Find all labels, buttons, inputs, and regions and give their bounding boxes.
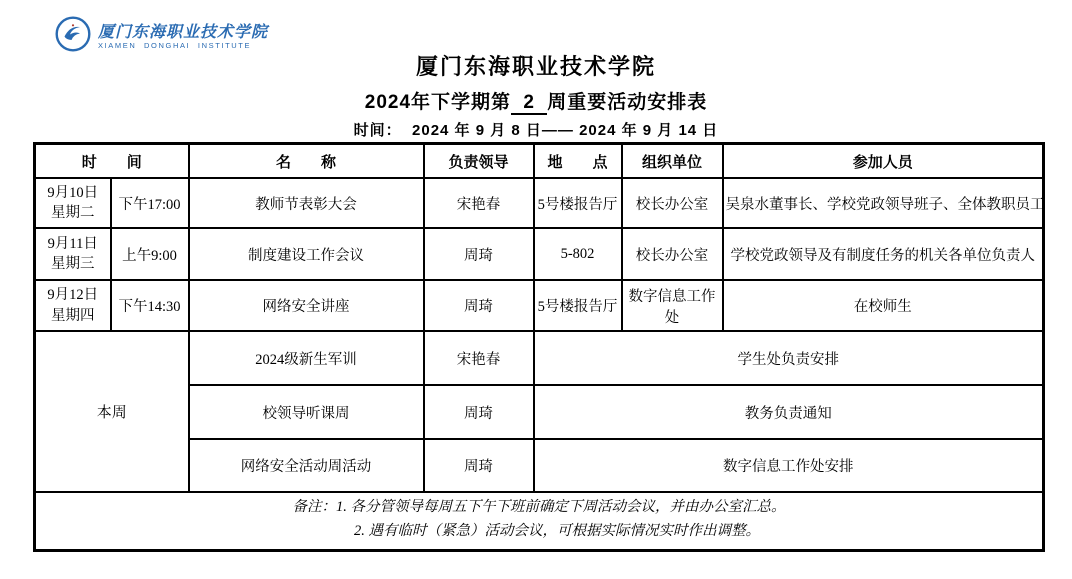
date-line2: 星期三: [38, 254, 108, 274]
date-range: 时间： 2024 年 9 月 8 日—— 2024 年 9 月 14 日: [0, 119, 1072, 140]
cell-week-note: 数字信息工作处安排: [534, 439, 1044, 492]
schedule-table: 时 间 名 称 负责领导 地 点 组织单位 参加人员 9月10日 星期二 下午1…: [33, 142, 1045, 552]
table-row: 9月11日 星期三 上午9:00 制度建设工作会议 周琦 5-802 校长办公室…: [35, 228, 1044, 280]
date-line2: 星期四: [38, 306, 108, 326]
cell-name: 校领导听课周: [189, 385, 424, 439]
col-header-org: 组织单位: [622, 144, 723, 179]
cell-leader: 周琦: [424, 385, 534, 439]
cell-name: 网络安全活动周活动: [189, 439, 424, 492]
cell-leader: 宋艳春: [424, 331, 534, 385]
date-line1: 9月11日: [38, 234, 108, 254]
notes-line-2: 2. 遇有临时（紧急）活动会议，可根据实际情况实时作出调整。: [38, 518, 1040, 546]
cell-leader: 周琦: [424, 280, 534, 331]
cell-name: 2024级新生军训: [189, 331, 424, 385]
cell-time: 上午9:00: [111, 228, 189, 280]
header-row: 时 间 名 称 负责领导 地 点 组织单位 参加人员: [35, 144, 1044, 179]
cell-org: 数字信息工作处: [622, 280, 723, 331]
cell-participants: 学校党政领导及有制度任务的机关各单位负责人: [723, 228, 1044, 280]
cell-date: 9月11日 星期三: [35, 228, 111, 280]
notes-line-1: 备注：1. 各分管领导每周五下午下班前确定下周活动会议，并由办公室汇总。: [38, 496, 1040, 518]
cell-place: 5-802: [534, 228, 622, 280]
page-subtitle: 2024年下学期第 2 周重要活动安排表: [0, 87, 1072, 115]
cell-date: 9月12日 星期四: [35, 280, 111, 331]
col-header-leader: 负责领导: [424, 144, 534, 179]
col-header-participants: 参加人员: [723, 144, 1044, 179]
notes-cell: 备注：1. 各分管领导每周五下午下班前确定下周活动会议，并由办公室汇总。 2. …: [35, 492, 1044, 551]
cell-week-note: 学生处负责安排: [534, 331, 1044, 385]
col-header-time: 时 间: [35, 144, 189, 179]
col-header-place: 地 点: [534, 144, 622, 179]
cell-leader: 周琦: [424, 439, 534, 492]
cell-week-label: 本周: [35, 331, 189, 492]
cell-date: 9月10日 星期二: [35, 178, 111, 228]
cell-place: 5号楼报告厅: [534, 178, 622, 228]
cell-org: 校长办公室: [622, 178, 723, 228]
table-row: 9月10日 星期二 下午17:00 教师节表彰大会 宋艳春 5号楼报告厅 校长办…: [35, 178, 1044, 228]
cell-time: 下午17:00: [111, 178, 189, 228]
table-row: 9月12日 星期四 下午14:30 网络安全讲座 周琦 5号楼报告厅 数字信息工…: [35, 280, 1044, 331]
cell-week-note: 教务负责通知: [534, 385, 1044, 439]
document-page: 厦门东海职业技术学院 XIAMEN DONGHAI INSTITUTE 厦门东海…: [0, 0, 1072, 579]
col-header-name: 名 称: [189, 144, 424, 179]
cell-org: 校长办公室: [622, 228, 723, 280]
cell-time: 下午14:30: [111, 280, 189, 331]
page-title: 厦门东海职业技术学院: [0, 50, 1072, 81]
subtitle-week-number: 2: [511, 93, 547, 115]
cell-name: 制度建设工作会议: [189, 228, 424, 280]
cell-participants: 吴泉水董事长、学校党政领导班子、全体教职员工: [723, 178, 1044, 228]
date-line1: 9月10日: [38, 183, 108, 203]
cell-leader: 周琦: [424, 228, 534, 280]
date-line2: 星期二: [38, 203, 108, 223]
date-line1: 9月12日: [38, 285, 108, 305]
subtitle-prefix: 2024年下学期第: [365, 92, 511, 113]
logo-cn-text: 厦门东海职业技术学院: [98, 23, 268, 41]
cell-name: 教师节表彰大会: [189, 178, 424, 228]
cell-place: 5号楼报告厅: [534, 280, 622, 331]
table-row: 本周 2024级新生军训 宋艳春 学生处负责安排: [35, 331, 1044, 385]
cell-leader: 宋艳春: [424, 178, 534, 228]
notes-row: 备注：1. 各分管领导每周五下午下班前确定下周活动会议，并由办公室汇总。 2. …: [35, 492, 1044, 551]
cell-name: 网络安全讲座: [189, 280, 424, 331]
cell-participants: 在校师生: [723, 280, 1044, 331]
subtitle-suffix: 周重要活动安排表: [547, 92, 707, 113]
